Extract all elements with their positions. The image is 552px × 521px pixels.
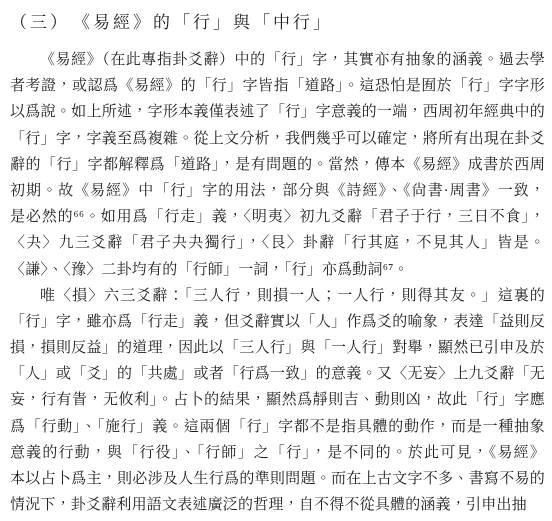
text-line: 是必然的⁶⁶。如用爲「行走」義，〈明夷〉初九爻辭「君子于行，三日不食」，	[10, 204, 545, 230]
text-line: 「行」字，字義至爲複雜。從上文分析，我們幾乎可以確定，將所有出現在卦爻	[10, 126, 545, 152]
text-line: 妄，行有眚，无攸利」。占卜的結果，顯然爲靜則吉、動則凶，故此「行」字應	[10, 387, 545, 413]
text-line: 情況下，卦爻辭利用語文表述廣泛的哲理，自不得不從具體的涵義，引申出抽	[10, 492, 545, 518]
text-line: 〈夬〉九三爻辭「君子夬夬獨行」，〈艮〉卦辭「行其庭，不見其人」皆是。	[10, 230, 545, 256]
text-line: 本以占卜爲主，則必涉及人生行爲的準則問題。而在上古文字不多、書寫不易的	[10, 466, 545, 492]
text-line: 辭的「行」字都解釋爲「道路」，是有問題的。當然，傳本《易經》成書於西周	[10, 152, 545, 178]
text-line: 初期。故《易經》中「行」字的用法，部分與《詩經》、《尙書·周書》一致，	[10, 178, 545, 204]
paragraph: 唯〈損〉六三爻辭：「三人行，則損一人；一人行，則得其友。」這裏的「行」字，雖亦爲…	[10, 283, 545, 519]
document-page: （三） 《易經》的「行」與「中行」 《易經》（在此專指卦爻辭）中的「行」字，其實…	[0, 0, 552, 521]
text-line: 《易經》（在此專指卦爻辭）中的「行」字，其實亦有抽象的涵義。過去學	[10, 47, 545, 73]
text-line: 意義的行動，與「行役」、「行師」之「行」，是不同的。於此可見，《易經》	[10, 440, 545, 466]
text-line: 爲「行動」、「施行」義。這兩個「行」字都不是指具體的動作，而是一種抽象	[10, 414, 545, 440]
paragraphs: 《易經》（在此專指卦爻辭）中的「行」字，其實亦有抽象的涵義。過去學者考證，或認爲…	[10, 47, 545, 518]
text-line: 「行」字，雖亦爲「行走」義，但爻辭實以「人」作爲爻的喻象，表達「益則反	[10, 309, 545, 335]
text-line: 〈謙〉、〈豫〉二卦均有的「行師」一詞，「行」亦爲動詞⁶⁷。	[10, 257, 545, 283]
text-line: 損，損則反益」的道理，因此以「三人行」與「一人行」對舉，顯然已引申及於	[10, 335, 545, 361]
text-line: 者考證，或認爲《易經》的「行」字皆指「道路」。這恐怕是囿於「行」字字形	[10, 73, 545, 99]
text-line: 唯〈損〉六三爻辭：「三人行，則損一人；一人行，則得其友。」這裏的	[10, 283, 545, 309]
text-line: 以爲說。如上所述，字形本義僅表述了「行」字意義的一端，西周初年經典中的	[10, 99, 545, 125]
text-line: 「人」或「爻」的「共處」或者「行爲一致」的意義。又〈无妄〉上九爻辭「无	[10, 361, 545, 387]
paragraph: 《易經》（在此專指卦爻辭）中的「行」字，其實亦有抽象的涵義。過去學者考證，或認爲…	[10, 47, 545, 283]
section-title: （三） 《易經》的「行」與「中行」	[10, 11, 545, 34]
